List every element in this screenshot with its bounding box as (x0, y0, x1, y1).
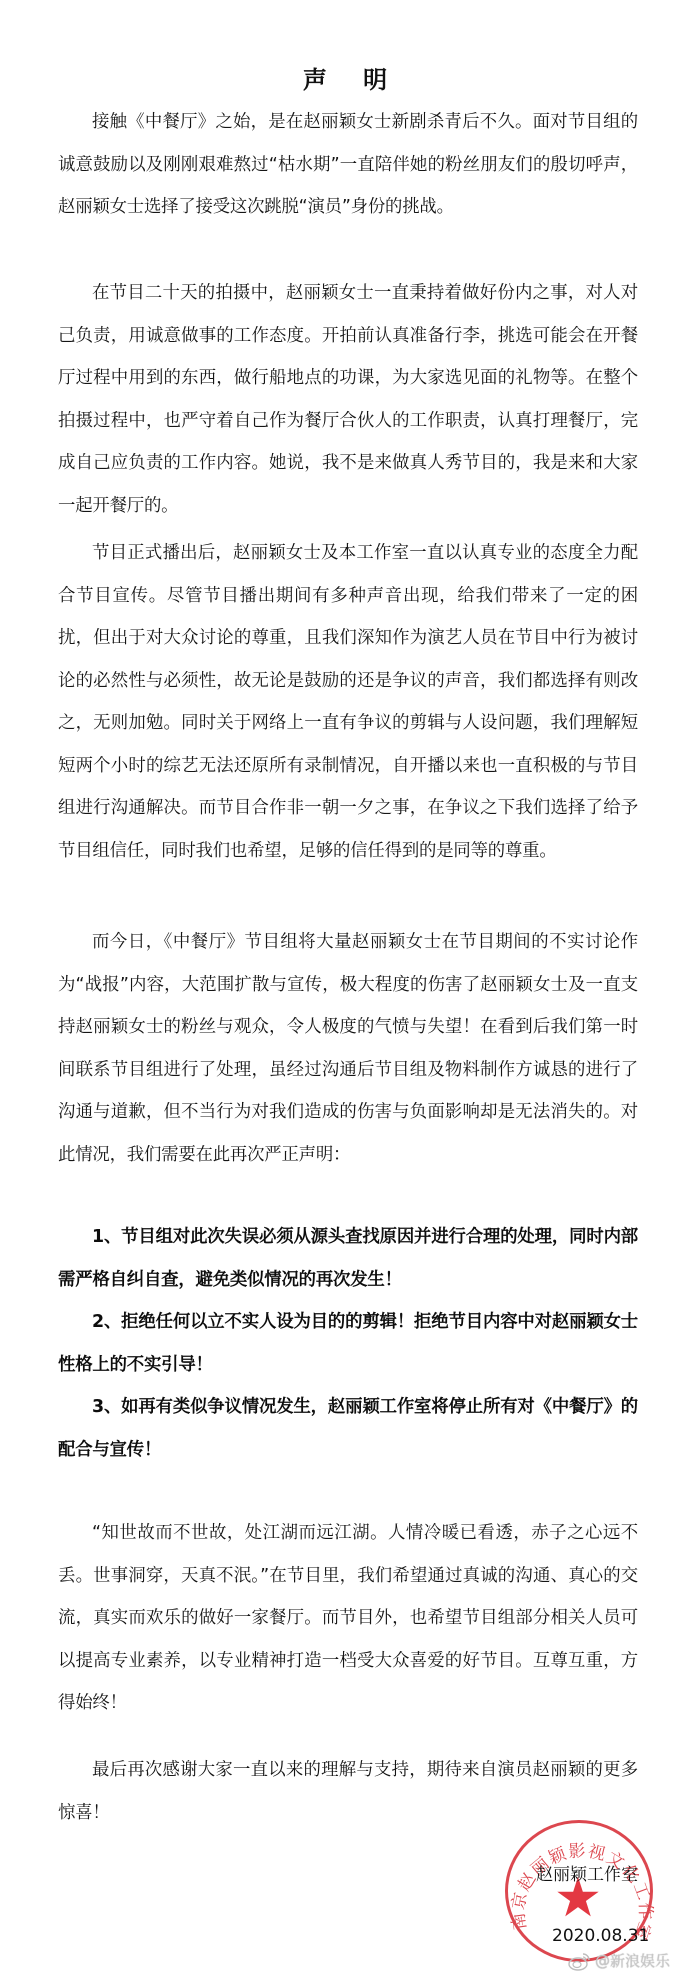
demand-item-3: 3、如再有类似争议情况发生，赵丽颖工作室将停止所有对《中餐厅》的配合与宣传！ (58, 1386, 638, 1471)
document-title: 声 明 (0, 64, 690, 96)
demand-item-1: 1、节目组对此次失误必须从源头查找原因并进行合理的处理，同时内部需严格自纠自查，… (58, 1216, 638, 1301)
weibo-icon (568, 1951, 592, 1971)
signature-name: 赵丽颖工作室 (536, 1864, 638, 1886)
demand-item-2: 2、拒绝任何以立不实人设为目的的剪辑！拒绝节目内容中对赵丽颖女士性格上的不实引导… (58, 1301, 638, 1386)
paragraph-incident: 而今日，《中餐厅》节目组将大量赵丽颖女士在节目期间的不实讨论作为“战报”内容，大… (58, 921, 638, 1176)
paragraph-closing: 最后再次感谢大家一直以来的理解与支持，期待来自演员赵丽颖的更多惊喜！ (58, 1749, 638, 1834)
paragraph-quote: “知世故而不世故，处江湖而远江湖。人情冷暖已看透，赤子之心远不丢。世事洞穿，天真… (58, 1512, 638, 1725)
paragraph-filming: 在节目二十天的拍摄中，赵丽颖女士一直秉持着做好份内之事，对人对己负责，用诚意做事… (58, 272, 638, 527)
signature-date: 2020.08.31 (552, 1925, 649, 1947)
weibo-watermark: @新浪娱乐 (568, 1950, 670, 1971)
watermark-text: @新浪娱乐 (595, 1950, 670, 1971)
paragraph-broadcast: 节目正式播出后，赵丽颖女士及本工作室一直以认真专业的态度全力配合节目宣传。尽管节… (58, 532, 638, 872)
paragraph-intro: 接触《中餐厅》之始，是在赵丽颖女士新剧杀青后不久。面对节目组的诚意鼓励以及刚刚艰… (58, 101, 638, 229)
